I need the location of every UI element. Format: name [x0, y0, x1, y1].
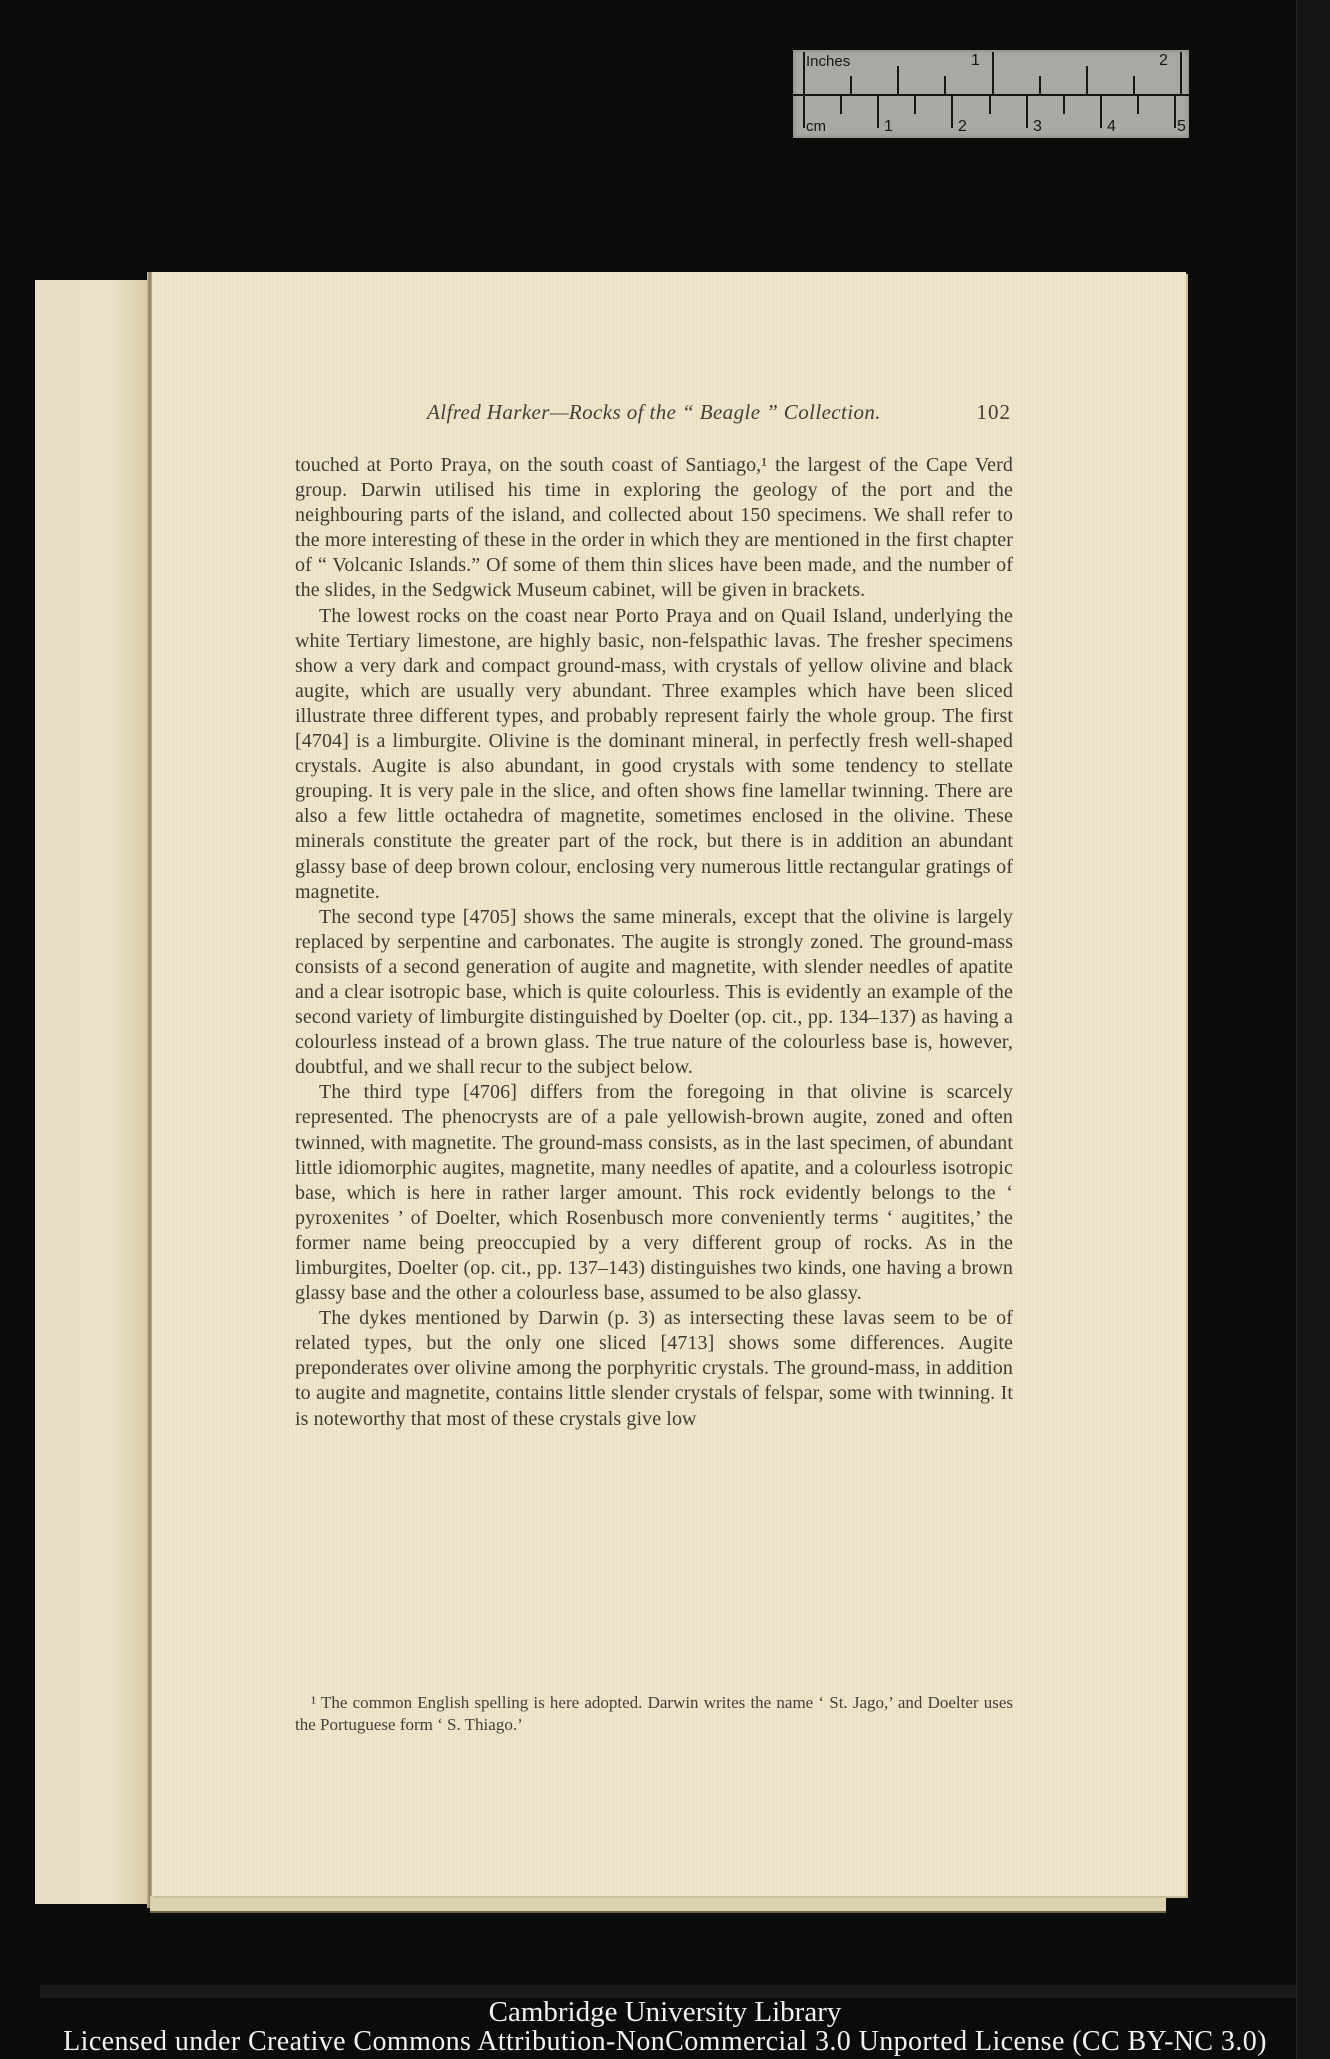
ruler-inch-number: 1	[971, 52, 980, 70]
page-header: Alfred Harker—Rocks of the “ Beagle ” Co…	[295, 400, 1013, 432]
page-number: 102	[977, 400, 1012, 425]
measurement-ruler: Inches 1 2 cm 1 2 3 4 5	[793, 50, 1189, 138]
paragraph: The second type [4705] shows the same mi…	[295, 905, 1013, 1081]
ruler-cm-number: 2	[958, 118, 967, 136]
paragraph: The third type [4706] differs from the f…	[295, 1080, 1013, 1306]
ruler-cm-number: 5	[1177, 118, 1186, 136]
scan-background: Inches 1 2 cm 1 2 3 4 5 Alfred Harker—Ro…	[0, 0, 1330, 2059]
underlying-page-edge	[150, 1896, 1166, 1913]
footer-library-caption: Cambridge University Library	[0, 1996, 1330, 2029]
footer-license-caption: Licensed under Creative Commons Attribut…	[0, 2026, 1330, 2058]
ruler-inch-number: 2	[1159, 52, 1168, 70]
body-text: touched at Porto Praya, on the south coa…	[295, 453, 1013, 1432]
footnote: ¹ The common English spelling is here ad…	[295, 1692, 1013, 1736]
ruler-cm-number: 3	[1033, 118, 1042, 136]
paragraph: touched at Porto Praya, on the south coa…	[295, 453, 1013, 604]
paragraph: The dykes mentioned by Darwin (p. 3) as …	[295, 1306, 1013, 1431]
ruler-cm-ticks	[793, 96, 1189, 136]
running-title: Alfred Harker—Rocks of the “ Beagle ” Co…	[295, 400, 1013, 425]
scan-edge-strip	[1296, 0, 1330, 2059]
ruler-cm-number: 4	[1107, 118, 1116, 136]
paragraph: The lowest rocks on the coast near Porto…	[295, 604, 1013, 905]
facing-page-edge	[35, 280, 147, 1904]
ruler-inch-ticks	[793, 50, 1189, 94]
book-page: Alfred Harker—Rocks of the “ Beagle ” Co…	[152, 272, 1186, 1896]
ruler-cm-number: 1	[884, 118, 893, 136]
ruler-cm-label: cm	[806, 118, 826, 135]
